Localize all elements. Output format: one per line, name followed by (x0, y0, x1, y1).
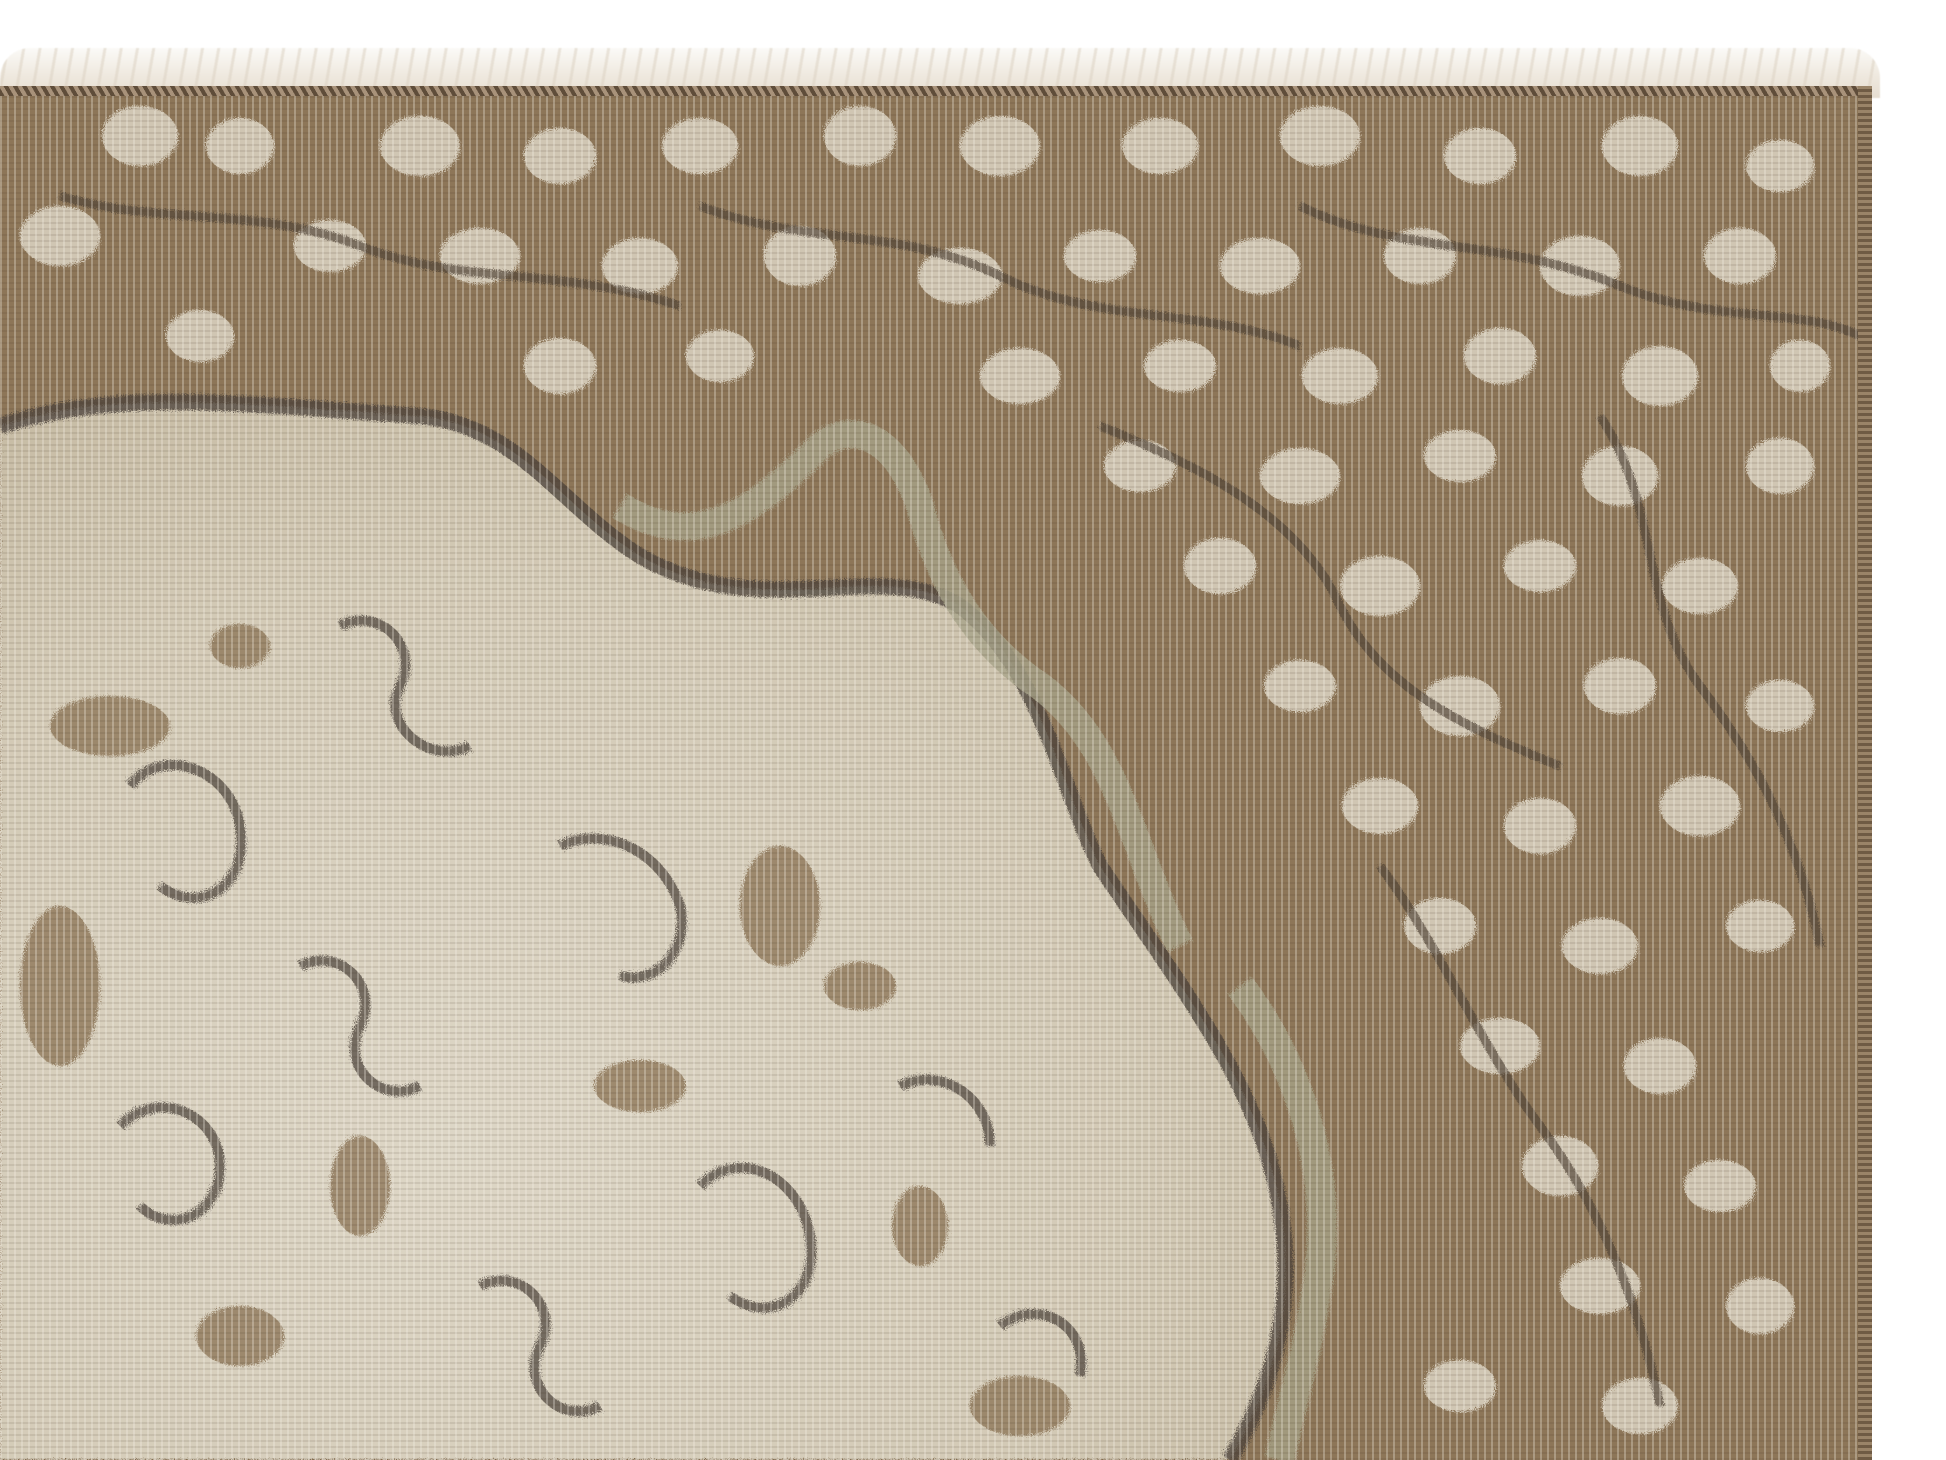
rug-photo (0, 0, 1946, 1460)
side-selvedge (1858, 86, 1872, 1460)
rug-pattern (0, 86, 1872, 1460)
rug-body (0, 86, 1872, 1460)
top-binding (0, 86, 1872, 96)
